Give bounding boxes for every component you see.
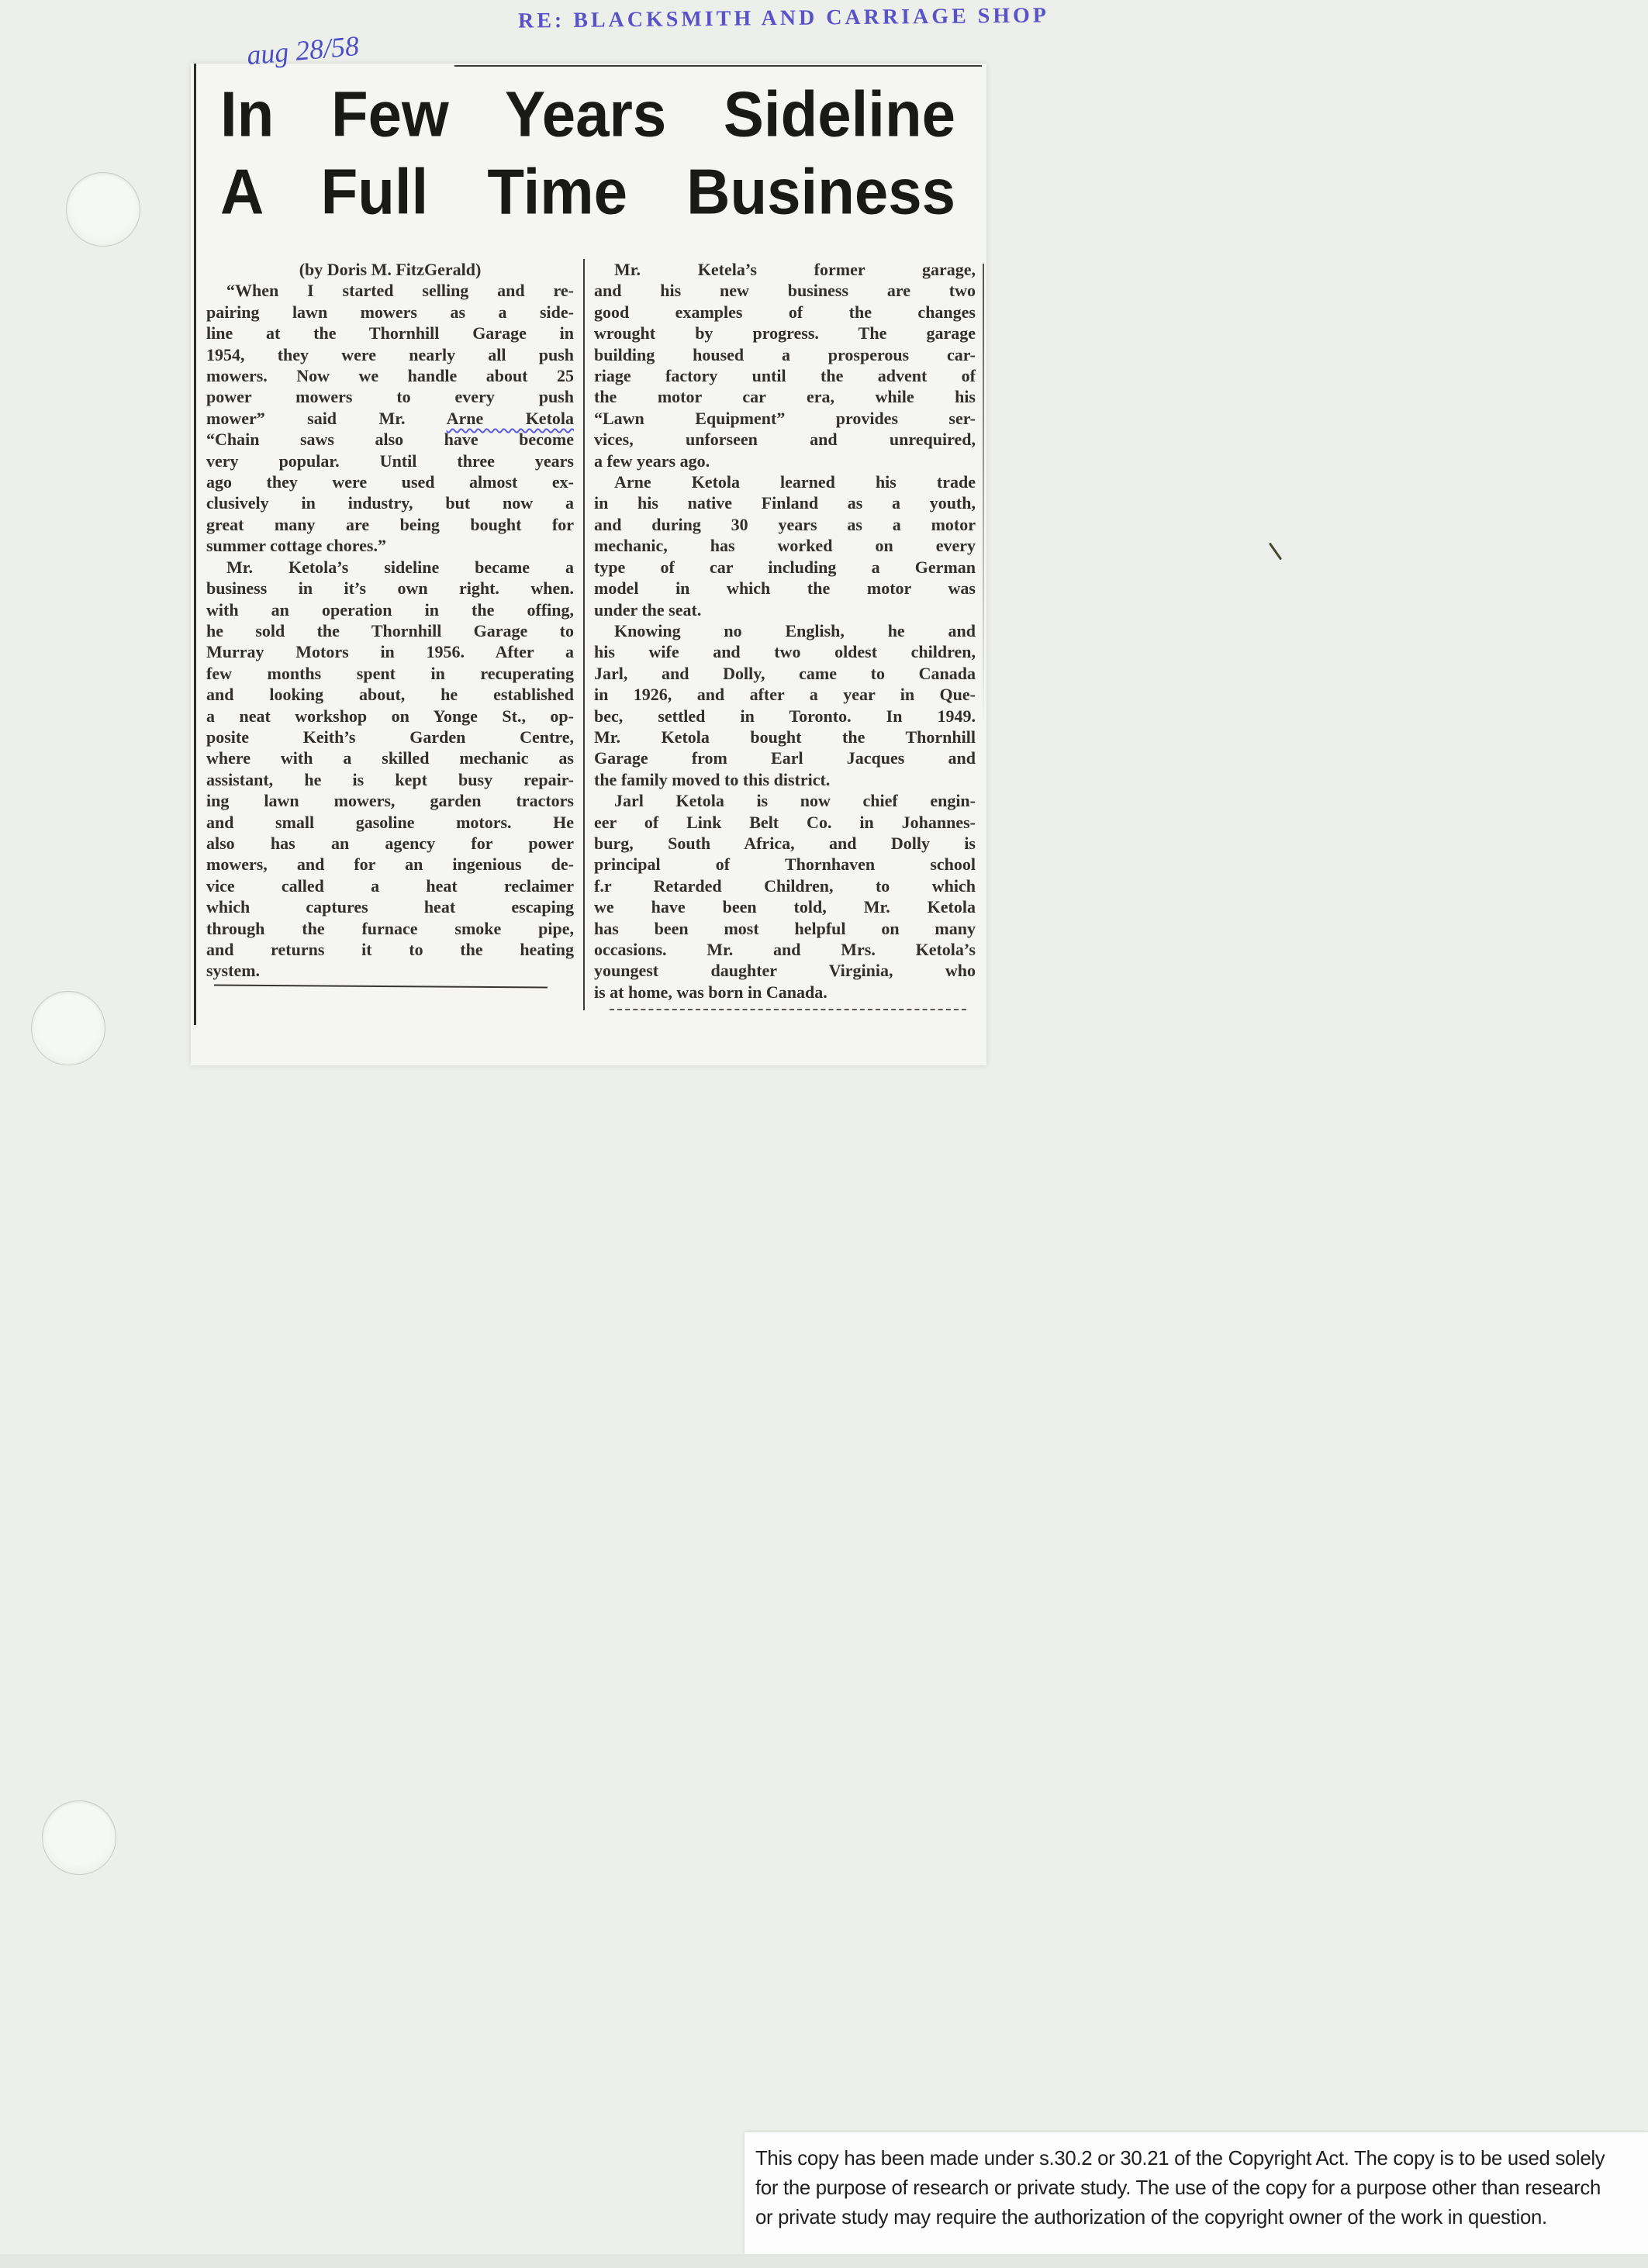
clipping-text-line: Mr. Ketola bought the Thornhill (594, 727, 976, 747)
clipping-text-line: type of car including a German (594, 557, 976, 578)
clipping-text-line: Jarl Ketola is now chief engin- (594, 790, 976, 811)
copyright-stamp-line: for the purpose of research or private s… (755, 2173, 1639, 2202)
clipping-text-line: mower” said Mr. Arne Ketola (206, 408, 574, 429)
clipping-text-line: occasions. Mr. and Mrs. Ketola’s (594, 939, 976, 960)
clipping-text-line: has been most helpful on many (594, 918, 976, 939)
clipping-text-line: also has an agency for power (206, 833, 574, 854)
stray-ink-mark (1269, 542, 1282, 560)
clipping-text-line: Murray Motors in 1956. After a (206, 641, 574, 662)
clipping-text-line: ago they were used almost ex- (206, 471, 574, 492)
clipping-bottom-rule-left (214, 984, 548, 988)
clipping-text-line: system. (206, 960, 574, 981)
copyright-stamp-line: or private study may require the authori… (755, 2202, 1639, 2232)
clipping-text-line: we have been told, Mr. Ketola (594, 896, 976, 917)
article-column-left: (by Doris M. FitzGerald) “When I started… (202, 259, 583, 1010)
clipping-text-line: a few years ago. (594, 450, 976, 471)
clipping-text-line: eer of Link Belt Co. in Johannes- (594, 812, 976, 833)
clipping-text-line: he sold the Thornhill Garage to (206, 620, 574, 641)
article-column-right: Mr. Ketela’s former garage,and his new b… (583, 259, 976, 1010)
clipping-text-line: riage factory until the advent of (594, 365, 976, 386)
clipping-text-line: bec, settled in Toronto. In 1949. (594, 706, 976, 727)
column-left-lines: “When I started selling and re-pairing l… (206, 280, 574, 981)
clipping-text-line: with an operation in the offing, (206, 599, 574, 620)
clipping-text-line: great many are being bought for (206, 514, 574, 535)
clipping-text-line: posite Keith’s Garden Centre, (206, 727, 574, 747)
clipping-text-line: youngest daughter Virginia, who (594, 960, 976, 981)
clipping-text-line: in his native Finland as a youth, (594, 492, 976, 513)
clipping-text-line: his wife and two oldest children, (594, 641, 976, 662)
copyright-stamp: This copy has been made under s.30.2 or … (745, 2132, 1648, 2255)
headline-line-1: In Few Years Sideline (220, 73, 955, 155)
clipping-text-line: burg, South Africa, and Dolly is (594, 833, 976, 854)
clipping-text-line: the motor car era, while his (594, 386, 976, 407)
clipping-text-line: a neat workshop on Yonge St., op- (206, 706, 574, 727)
clipping-text-line: vices, unforseen and unrequired, (594, 429, 976, 450)
clipping-text-line: assistant, he is kept busy repair- (206, 769, 574, 790)
clipping-text-line: Mr. Ketela’s former garage, (594, 259, 976, 280)
clipping-text-line: mowers. Now we handle about 25 (206, 365, 574, 386)
clipping-text-line: Garage from Earl Jacques and (594, 747, 976, 768)
clipping-text-line: good examples of the changes (594, 302, 976, 323)
clipping-text-line: the family moved to this district. (594, 769, 976, 790)
clipping-torn-edge-left (194, 64, 196, 1025)
clipping-text-line: which captures heat escaping (206, 896, 574, 917)
clipping-text-line: and small gasoline motors. He (206, 812, 574, 833)
hole-punch (42, 1800, 116, 1875)
copyright-stamp-line: This copy has been made under s.30.2 or … (755, 2143, 1639, 2173)
clipping-text-line: through the furnace smoke pipe, (206, 918, 574, 939)
clipping-text-line: and returns it to the heating (206, 939, 574, 960)
clipping-text-line: Knowing no English, he and (594, 620, 976, 641)
clipping-text-line: business in it’s own right. when. (206, 578, 574, 599)
clipping-torn-edge-top (454, 65, 982, 67)
article-body: (by Doris M. FitzGerald) “When I started… (202, 259, 977, 1010)
clipping-text-line: ing lawn mowers, garden tractors (206, 790, 574, 811)
clipping-text-line: principal of Thornhaven school (594, 854, 976, 875)
pen-underlined-name: Arne Ketola (447, 409, 574, 428)
clipping-text-line: “When I started selling and re- (206, 280, 574, 301)
column-right-lines: Mr. Ketela’s former garage,and his new b… (594, 259, 976, 1003)
clipping-text-line: and his new business are two (594, 280, 976, 301)
headline-line-2: A Full Time Business (220, 150, 955, 233)
clipping-text-line: model in which the motor was (594, 578, 976, 599)
clipping-text-line: building housed a prosperous car- (594, 344, 976, 365)
clipping-text-line: Jarl, and Dolly, came to Canada (594, 663, 976, 684)
clipping-torn-edge-right (983, 264, 984, 729)
scanned-archive-page: { "page": { "annotation_top": "RE: BLACK… (0, 0, 1648, 2268)
clipping-text-line: under the seat. (594, 599, 976, 620)
clipping-text-line: is at home, was born in Canada. (594, 982, 976, 1003)
clipping-text-line: 1954, they were nearly all push (206, 344, 574, 365)
clipping-text-line: line at the Thornhill Garage in (206, 323, 574, 343)
clipping-bottom-rule-right (610, 1009, 966, 1010)
clipping-text-line: few months spent in recuperating (206, 663, 574, 684)
line-text: mower” said Mr. (206, 409, 447, 428)
headline: In Few Years Sideline A Full Time Busine… (220, 73, 955, 228)
newspaper-clipping: In Few Years Sideline A Full Time Busine… (191, 64, 986, 1065)
clipping-text-line: Arne Ketola learned his trade (594, 471, 976, 492)
clipping-text-line: “Lawn Equipment” provides ser- (594, 408, 976, 429)
clipping-text-line: vice called a heat reclaimer (206, 875, 574, 896)
clipping-text-line: very popular. Until three years (206, 450, 574, 471)
clipping-text-line: “Chain saws also have become (206, 429, 574, 450)
clipping-text-line: summer cottage chores.” (206, 535, 574, 556)
scan-edge-band (0, 2254, 1648, 2268)
clipping-text-line: f.r Retarded Children, to which (594, 875, 976, 896)
clipping-text-line: and looking about, he established (206, 684, 574, 705)
clipping-text-line: pairing lawn mowers as a side- (206, 302, 574, 323)
clipping-text-line: mechanic, has worked on every (594, 535, 976, 556)
clipping-text-line: wrought by progress. The garage (594, 323, 976, 343)
clipping-text-line: where with a skilled mechanic as (206, 747, 574, 768)
clipping-text-line: Mr. Ketola’s sideline became a (206, 557, 574, 578)
handwritten-subject-annotation: RE: BLACKSMITH AND CARRIAGE SHOP (518, 3, 1049, 33)
clipping-text-line: mowers, and for an ingenious de- (206, 854, 574, 875)
clipping-text-line: in 1926, and after a year in Que- (594, 684, 976, 705)
clipping-text-line: and during 30 years as a motor (594, 514, 976, 535)
hole-punch (66, 172, 140, 247)
byline: (by Doris M. FitzGerald) (206, 259, 574, 280)
hole-punch (31, 991, 105, 1065)
clipping-text-line: power mowers to every push (206, 386, 574, 407)
clipping-text-line: clusively in industry, but now a (206, 492, 574, 513)
